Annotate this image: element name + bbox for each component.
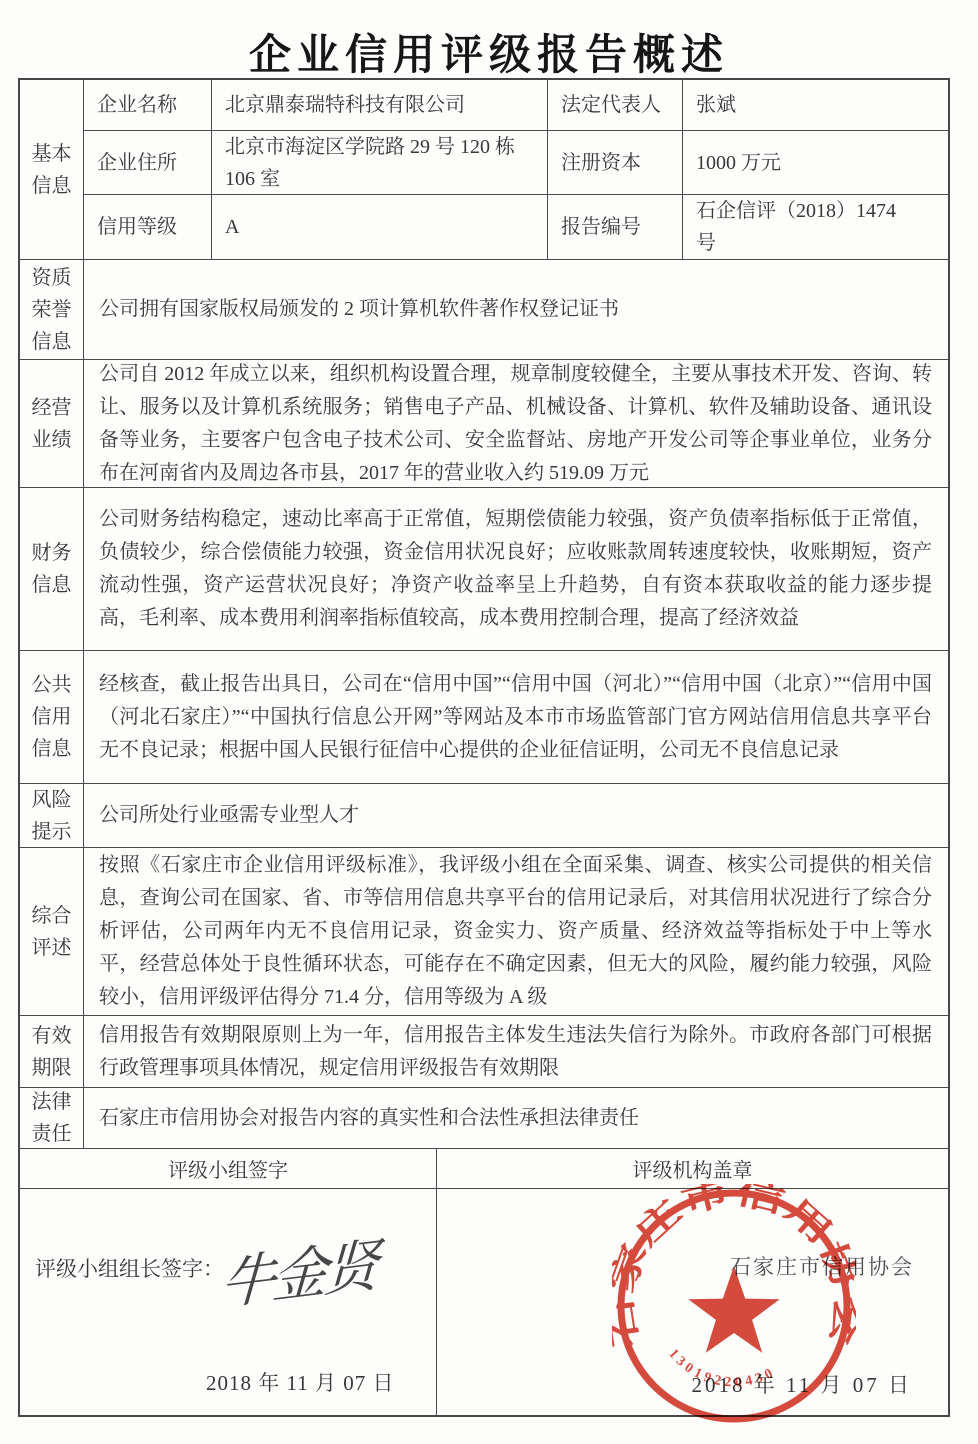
basic-info-group: 基本 信息 企业名称 北京鼎泰瑞特科技有限公司 法定代表人 张斌 企业住所 北京…	[20, 80, 948, 259]
section-content-financial-info: 公司财务结构稳定，速动比率高于正常值，短期偿债能力较强，资产负债率指标低于正常值…	[84, 488, 948, 650]
section-header-legal-liability: 法律 责任	[20, 1088, 84, 1148]
section-header-comprehensive-review: 综合 评述	[20, 848, 84, 1015]
sign-date-right: 2018 年 11 月 07 日	[692, 1369, 912, 1399]
report-number-label: 报告编号	[547, 195, 682, 259]
handwritten-signature: 牛金贤	[218, 1221, 377, 1321]
section-content-qualifications: 公司拥有国家版权局颁发的 2 项计算机软件著作权登记证书	[84, 260, 948, 359]
section-content-risk-warning: 公司所处行业亟需专业型人才	[84, 784, 948, 847]
section-content-comprehensive-review: 按照《石家庄市企业信用评级标准》，我评级小组在全面采集、调查、核实公司提供的相关…	[84, 848, 948, 1015]
company-name-value: 北京鼎泰瑞特科技有限公司	[211, 80, 547, 130]
company-name-label: 企业名称	[84, 80, 211, 130]
signoff-bottom-row: 评级小组组长签字： 牛金贤 2018 年 11 月 07 日 石家庄市信用协会 …	[20, 1188, 948, 1415]
section-header-public-credit-info: 公共 信用 信息	[20, 651, 84, 783]
section-row-public-credit-info: 公共 信用 信息 经核查，截止报告出具日，公司在“信用中国”“信用中国（河北）”…	[20, 650, 948, 783]
credit-rating-label: 信用等级	[84, 195, 211, 259]
section-row-financial-info: 财务 信息 公司财务结构稳定，速动比率高于正常值，短期偿债能力较强，资产负债率指…	[20, 487, 948, 650]
section-row-business-performance: 经营 业绩 公司自 2012 年成立以来，组织机构设置合理，规章制度较健全，主要…	[20, 359, 948, 487]
registered-capital-label: 注册资本	[547, 131, 682, 194]
section-row-comprehensive-review: 综合 评述 按照《石家庄市企业信用评级标准》，我评级小组在全面采集、调查、核实公…	[20, 847, 948, 1015]
section-header-business-performance: 经营 业绩	[20, 360, 84, 487]
company-address-value: 北京市海淀区学院路 29 号 120 栋 106 室	[211, 131, 547, 194]
report-number-value: 石企信评（2018）1474 号	[682, 195, 948, 259]
section-row-qualifications: 资质 荣誉 信息 公司拥有国家版权局颁发的 2 项计算机软件著作权登记证书	[20, 259, 948, 359]
page-title: 企业信用评级报告概述	[0, 22, 978, 82]
section-header-validity-period: 有效 期限	[20, 1016, 84, 1087]
table-row: 信用等级 A 报告编号 石企信评（2018）1474 号	[84, 194, 948, 259]
agency-stamp-cell: 石家庄市信用协会 2018 年 11 月 07 日	[437, 1189, 948, 1415]
section-header-risk-warning: 风险 提示	[20, 784, 84, 847]
table-row: 企业名称 北京鼎泰瑞特科技有限公司 法定代表人 张斌	[84, 80, 948, 130]
registered-capital-value: 1000 万元	[682, 131, 948, 194]
section-content-legal-liability: 石家庄市信用协会对报告内容的真实性和合法性承担法律责任	[84, 1088, 948, 1148]
section-row-validity-period: 有效 期限 信用报告有效期限原则上为一年，信用报告主体发生违法失信行为除外。市政…	[20, 1015, 948, 1087]
agency-name: 石家庄市信用协会	[730, 1251, 914, 1281]
section-header-basic-info: 基本 信息	[20, 80, 84, 259]
sign-header-agency: 评级机构盖章	[437, 1149, 948, 1188]
sign-header-team: 评级小组签字	[20, 1149, 437, 1188]
company-address-label: 企业住所	[84, 131, 211, 194]
team-signature-cell: 评级小组组长签字： 牛金贤 2018 年 11 月 07 日	[20, 1189, 437, 1415]
table-row: 企业住所 北京市海淀区学院路 29 号 120 栋 106 室 注册资本 100…	[84, 130, 948, 194]
section-header-financial-info: 财务 信息	[20, 488, 84, 650]
legal-rep-label: 法定代表人	[547, 80, 682, 130]
team-leader-sign-label: 评级小组组长签字：	[35, 1253, 224, 1283]
section-header-qualifications: 资质 荣誉 信息	[20, 260, 84, 359]
section-content-public-credit-info: 经核查，截止报告出具日，公司在“信用中国”“信用中国（河北）”“信用中国（北京）…	[84, 651, 948, 783]
section-row-legal-liability: 法律 责任 石家庄市信用协会对报告内容的真实性和合法性承担法律责任	[20, 1087, 948, 1148]
document-page: 企业信用评级报告概述 基本 信息 企业名称 北京鼎泰瑞特科技有限公司 法定代表人…	[0, 0, 978, 1444]
section-content-business-performance: 公司自 2012 年成立以来，组织机构设置合理，规章制度较健全，主要从事技术开发…	[84, 360, 948, 487]
report-table: 基本 信息 企业名称 北京鼎泰瑞特科技有限公司 法定代表人 张斌 企业住所 北京…	[18, 78, 950, 1417]
section-row-risk-warning: 风险 提示 公司所处行业亟需专业型人才	[20, 783, 948, 847]
legal-rep-value: 张斌	[682, 80, 948, 130]
credit-rating-value: A	[211, 195, 547, 259]
section-content-validity-period: 信用报告有效期限原则上为一年，信用报告主体发生违法失信行为除外。市政府各部门可根…	[84, 1016, 948, 1087]
signoff-header-row: 评级小组签字 评级机构盖章	[20, 1148, 948, 1188]
sign-date-left: 2018 年 11 月 07 日	[206, 1367, 394, 1397]
